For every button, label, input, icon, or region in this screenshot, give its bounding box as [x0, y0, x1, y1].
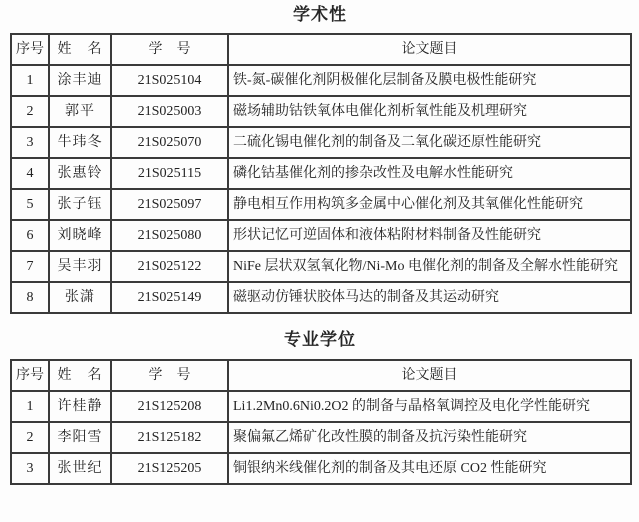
cell-name: 许桂静	[49, 391, 111, 422]
cell-title: 二硫化锡电催化剂的制备及二氧化碳还原性能研究	[228, 127, 631, 158]
table-row: 2 郭平 21S025003 磁场辅助钴铁氧体电催化剂析氧性能及机理研究	[11, 96, 631, 127]
table-header-row: 序号 姓 名 学 号 论文题目	[11, 360, 631, 391]
cell-title: 铜银纳米线催化剂的制备及其电还原 CO2 性能研究	[228, 453, 631, 484]
professional-thesis-table: 序号 姓 名 学 号 论文题目 1 许桂静 21S125208 Li1.2Mn0…	[10, 359, 632, 485]
academic-thesis-table: 序号 姓 名 学 号 论文题目 1 涂丰迪 21S025104 铁-氮-碳催化剂…	[10, 33, 632, 314]
cell-name: 牛玮冬	[49, 127, 111, 158]
cell-name: 张潇	[49, 282, 111, 313]
cell-seq: 4	[11, 158, 49, 189]
cell-id: 21S025080	[111, 220, 228, 251]
col-header-seq: 序号	[11, 360, 49, 391]
cell-name: 张世纪	[49, 453, 111, 484]
cell-seq: 8	[11, 282, 49, 313]
col-header-id: 学 号	[111, 34, 228, 65]
cell-id: 21S025104	[111, 65, 228, 96]
cell-seq: 1	[11, 65, 49, 96]
col-header-id: 学 号	[111, 360, 228, 391]
col-header-name: 姓 名	[49, 360, 111, 391]
cell-name: 李阳雪	[49, 422, 111, 453]
cell-seq: 2	[11, 96, 49, 127]
cell-seq: 2	[11, 422, 49, 453]
table-row: 6 刘晓峰 21S025080 形状记忆可逆固体和液体粘附材料制备及性能研究	[11, 220, 631, 251]
cell-seq: 3	[11, 127, 49, 158]
cell-name: 郭平	[49, 96, 111, 127]
cell-title: 铁-氮-碳催化剂阴极催化层制备及膜电极性能研究	[228, 65, 631, 96]
cell-name: 刘晓峰	[49, 220, 111, 251]
cell-seq: 6	[11, 220, 49, 251]
table-row: 8 张潇 21S025149 磁驱动仿锤状胶体马达的制备及其运动研究	[11, 282, 631, 313]
col-header-seq: 序号	[11, 34, 49, 65]
cell-id: 21S125182	[111, 422, 228, 453]
cell-name: 吴丰羽	[49, 251, 111, 282]
cell-id: 21S025097	[111, 189, 228, 220]
cell-id: 21S025149	[111, 282, 228, 313]
cell-name: 涂丰迪	[49, 65, 111, 96]
cell-seq: 7	[11, 251, 49, 282]
cell-title: 磁驱动仿锤状胶体马达的制备及其运动研究	[228, 282, 631, 313]
cell-id: 21S025122	[111, 251, 228, 282]
cell-title: 磷化钴基催化剂的掺杂改性及电解水性能研究	[228, 158, 631, 189]
table-row: 7 吴丰羽 21S025122 NiFe 层状双氢氧化物/Ni-Mo 电催化剂的…	[11, 251, 631, 282]
cell-title: 形状记忆可逆固体和液体粘附材料制备及性能研究	[228, 220, 631, 251]
table-row: 4 张惠铃 21S025115 磷化钴基催化剂的掺杂改性及电解水性能研究	[11, 158, 631, 189]
section-title-academic: 学术性	[10, 4, 630, 26]
cell-title: 聚偏氟乙烯矿化改性膜的制备及抗污染性能研究	[228, 422, 631, 453]
cell-name: 张惠铃	[49, 158, 111, 189]
cell-id: 21S025115	[111, 158, 228, 189]
cell-seq: 5	[11, 189, 49, 220]
cell-id: 21S125208	[111, 391, 228, 422]
cell-name: 张子钰	[49, 189, 111, 220]
cell-title: 静电相互作用构筑多金属中心催化剂及其氧催化性能研究	[228, 189, 631, 220]
col-header-name: 姓 名	[49, 34, 111, 65]
table-row: 2 李阳雪 21S125182 聚偏氟乙烯矿化改性膜的制备及抗污染性能研究	[11, 422, 631, 453]
section-title-professional: 专业学位	[10, 329, 630, 351]
cell-id: 21S125205	[111, 453, 228, 484]
cell-id: 21S025070	[111, 127, 228, 158]
cell-title: Li1.2Mn0.6Ni0.2O2 的制备与晶格氧调控及电化学性能研究	[228, 391, 631, 422]
cell-id: 21S025003	[111, 96, 228, 127]
cell-title: NiFe 层状双氢氧化物/Ni-Mo 电催化剂的制备及全解水性能研究	[228, 251, 631, 282]
cell-seq: 3	[11, 453, 49, 484]
document-page: 学术性 序号 姓 名 学 号 论文题目 1 涂丰迪 21S025104 铁-氮-…	[0, 4, 639, 485]
table-row: 3 张世纪 21S125205 铜银纳米线催化剂的制备及其电还原 CO2 性能研…	[11, 453, 631, 484]
col-header-title: 论文题目	[228, 34, 631, 65]
table-row: 3 牛玮冬 21S025070 二硫化锡电催化剂的制备及二氧化碳还原性能研究	[11, 127, 631, 158]
table-row: 1 涂丰迪 21S025104 铁-氮-碳催化剂阴极催化层制备及膜电极性能研究	[11, 65, 631, 96]
cell-title: 磁场辅助钴铁氧体电催化剂析氧性能及机理研究	[228, 96, 631, 127]
cell-seq: 1	[11, 391, 49, 422]
table-header-row: 序号 姓 名 学 号 论文题目	[11, 34, 631, 65]
col-header-title: 论文题目	[228, 360, 631, 391]
table-row: 1 许桂静 21S125208 Li1.2Mn0.6Ni0.2O2 的制备与晶格…	[11, 391, 631, 422]
table-row: 5 张子钰 21S025097 静电相互作用构筑多金属中心催化剂及其氧催化性能研…	[11, 189, 631, 220]
